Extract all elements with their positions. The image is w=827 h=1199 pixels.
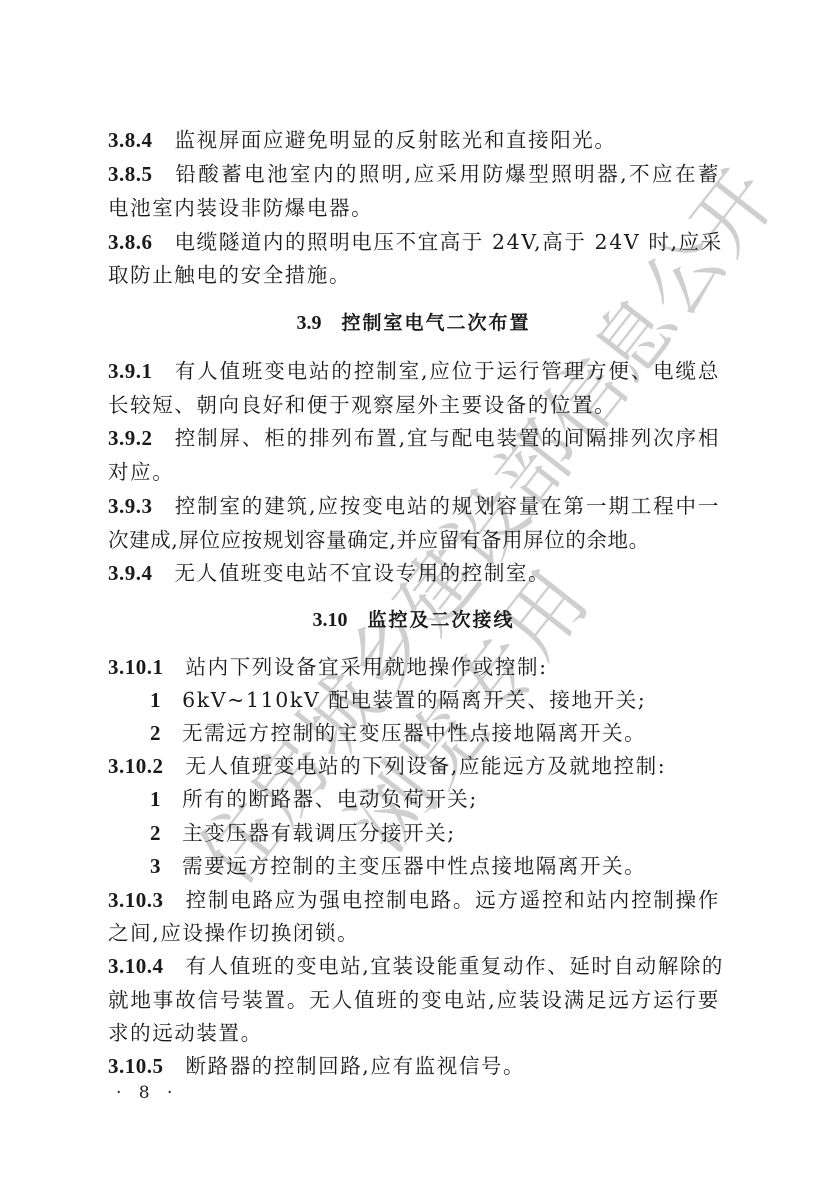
clause-text: 铅酸蓄电池室内的照明,应采用防爆型照明器,不应在蓄 bbox=[175, 162, 721, 186]
clause-number: 3.10.4 bbox=[108, 954, 164, 978]
list-item-text: 6kV~110kV 配电装置的隔离开关、接地开关; bbox=[182, 688, 646, 712]
clause-3-10-3: 3.10.3控制电路应为强电控制电路。远方遥控和站内控制操作 bbox=[108, 885, 720, 915]
list-item: 3需要远方控制的主变压器中性点接地隔离开关。 bbox=[150, 851, 646, 881]
clause-number: 3.10.2 bbox=[108, 754, 164, 778]
clause-3-8-4: 3.8.4监视屏面应避免明显的反射眩光和直接阳光。 bbox=[108, 125, 720, 155]
clause-3-10-4-cont: 就地事故信号装置。无人值班的变电站,应装设满足远方运行要 bbox=[108, 985, 720, 1015]
clause-3-10-4: 3.10.4有人值班的变电站,宜装设能重复动作、延时自动解除的 bbox=[108, 951, 720, 981]
list-item-number: 1 bbox=[150, 787, 162, 811]
clause-text: 无人值班变电站不宜设专用的控制室。 bbox=[175, 561, 551, 585]
section-heading-3-9: 3.9控制室电气二次布置 bbox=[0, 307, 827, 339]
clause-number: 3.9.4 bbox=[108, 561, 153, 585]
list-item-text: 需要远方控制的主变压器中性点接地隔离开关。 bbox=[182, 854, 646, 878]
section-title: 监控及二次接线 bbox=[367, 609, 514, 631]
clause-text: 电缆隧道内的照明电压不宜高于 24V,高于 24V 时,应采 bbox=[175, 230, 723, 254]
clause-number: 3.10.5 bbox=[108, 1054, 164, 1078]
clause-3-9-3-cont: 次建成,屏位应按规划容量确定,并应留有备用屏位的余地。 bbox=[108, 525, 720, 555]
text-layer: 3.8.4监视屏面应避免明显的反射眩光和直接阳光。 3.8.5铅酸蓄电池室内的照… bbox=[0, 0, 827, 1199]
clause-text: 站内下列设备宜采用就地操作或控制: bbox=[186, 655, 548, 679]
clause-number: 3.8.4 bbox=[108, 128, 153, 152]
list-item: 2无需远方控制的主变压器中性点接地隔离开关。 bbox=[150, 718, 646, 748]
clause-3-10-2: 3.10.2无人值班变电站的下列设备,应能远方及就地控制: bbox=[108, 751, 720, 781]
list-item-number: 1 bbox=[150, 688, 162, 712]
clause-text: 就地事故信号装置。无人值班的变电站,应装设满足远方运行要 bbox=[108, 988, 720, 1012]
clause-3-8-5: 3.8.5铅酸蓄电池室内的照明,应采用防爆型照明器,不应在蓄 bbox=[108, 159, 720, 189]
page-number: · 8 · bbox=[116, 1080, 178, 1106]
list-item-number: 2 bbox=[150, 721, 162, 745]
clause-3-8-6: 3.8.6电缆隧道内的照明电压不宜高于 24V,高于 24V 时,应采 bbox=[108, 227, 720, 257]
list-item-text: 所有的断路器、电动负荷开关; bbox=[182, 787, 478, 811]
clause-3-9-2: 3.9.2控制屏、柜的排列布置,宜与配电装置的间隔排列次序相 bbox=[108, 423, 720, 453]
clause-text: 控制屏、柜的排列布置,宜与配电装置的间隔排列次序相 bbox=[175, 426, 721, 450]
list-item: 2主变压器有载调压分接开关; bbox=[150, 818, 456, 848]
section-title: 控制室电气二次布置 bbox=[341, 312, 530, 334]
clause-text: 断路器的控制回路,应有监视信号。 bbox=[186, 1054, 526, 1078]
clause-number: 3.10.3 bbox=[108, 888, 164, 912]
clause-3-9-2-cont: 对应。 bbox=[108, 457, 720, 487]
clause-3-9-1-cont: 长较短、朝向良好和便于观察屋外主要设备的位置。 bbox=[108, 390, 720, 420]
clause-text: 电池室内装设非防爆电器。 bbox=[108, 196, 373, 220]
clause-text: 有人值班的变电站,宜装设能重复动作、延时自动解除的 bbox=[186, 954, 725, 978]
clause-number: 3.8.6 bbox=[108, 230, 153, 254]
list-item-text: 主变压器有载调压分接开关; bbox=[182, 821, 456, 845]
section-number: 3.9 bbox=[296, 312, 321, 334]
clause-text: 对应。 bbox=[108, 460, 174, 484]
list-item-text: 无需远方控制的主变压器中性点接地隔离开关。 bbox=[182, 721, 646, 745]
clause-number: 3.9.2 bbox=[108, 426, 153, 450]
document-page: 住房城乡建设部信息公开 浏览专用 3.8.4监视屏面应避免明显的反射眩光和直接阳… bbox=[0, 0, 827, 1199]
clause-text: 无人值班变电站的下列设备,应能远方及就地控制: bbox=[186, 754, 667, 778]
clause-text: 取防止触电的安全措施。 bbox=[108, 263, 351, 287]
clause-3-10-5: 3.10.5断路器的控制回路,应有监视信号。 bbox=[108, 1051, 720, 1081]
clause-3-9-3: 3.9.3控制室的建筑,应按变电站的规划容量在第一期工程中一 bbox=[108, 491, 720, 521]
clause-3-8-5-cont: 电池室内装设非防爆电器。 bbox=[108, 193, 720, 223]
clause-3-10-1: 3.10.1站内下列设备宜采用就地操作或控制: bbox=[108, 652, 720, 682]
clause-3-9-1: 3.9.1有人值班变电站的控制室,应位于运行管理方便、电缆总 bbox=[108, 356, 720, 386]
clause-number: 3.10.1 bbox=[108, 655, 164, 679]
clause-number: 3.9.3 bbox=[108, 494, 153, 518]
clause-number: 3.9.1 bbox=[108, 359, 153, 383]
clause-text: 求的远动装置。 bbox=[108, 1021, 263, 1045]
list-item: 1所有的断路器、电动负荷开关; bbox=[150, 784, 478, 814]
clause-text: 监视屏面应避免明显的反射眩光和直接阳光。 bbox=[175, 128, 617, 152]
clause-text: 控制电路应为强电控制电路。远方遥控和站内控制操作 bbox=[186, 888, 721, 912]
clause-text: 次建成,屏位应按规划容量确定,并应留有备用屏位的余地。 bbox=[108, 528, 650, 552]
clause-text: 控制室的建筑,应按变电站的规划容量在第一期工程中一 bbox=[175, 494, 721, 518]
section-heading-3-10: 3.10监控及二次接线 bbox=[0, 604, 827, 636]
clause-text: 长较短、朝向良好和便于观察屋外主要设备的位置。 bbox=[108, 393, 616, 417]
list-item-number: 3 bbox=[150, 854, 162, 878]
section-number: 3.10 bbox=[312, 609, 347, 631]
clause-3-8-6-cont: 取防止触电的安全措施。 bbox=[108, 260, 720, 290]
clause-3-10-4-cont-2: 求的远动装置。 bbox=[108, 1018, 720, 1048]
list-item-number: 2 bbox=[150, 821, 162, 845]
clause-3-9-4: 3.9.4无人值班变电站不宜设专用的控制室。 bbox=[108, 558, 720, 588]
clause-text: 之间,应设操作切换闭锁。 bbox=[108, 921, 359, 945]
clause-number: 3.8.5 bbox=[108, 162, 153, 186]
clause-text: 有人值班变电站的控制室,应位于运行管理方便、电缆总 bbox=[175, 359, 721, 383]
clause-3-10-3-cont: 之间,应设操作切换闭锁。 bbox=[108, 918, 720, 948]
list-item: 16kV~110kV 配电装置的隔离开关、接地开关; bbox=[150, 685, 646, 715]
